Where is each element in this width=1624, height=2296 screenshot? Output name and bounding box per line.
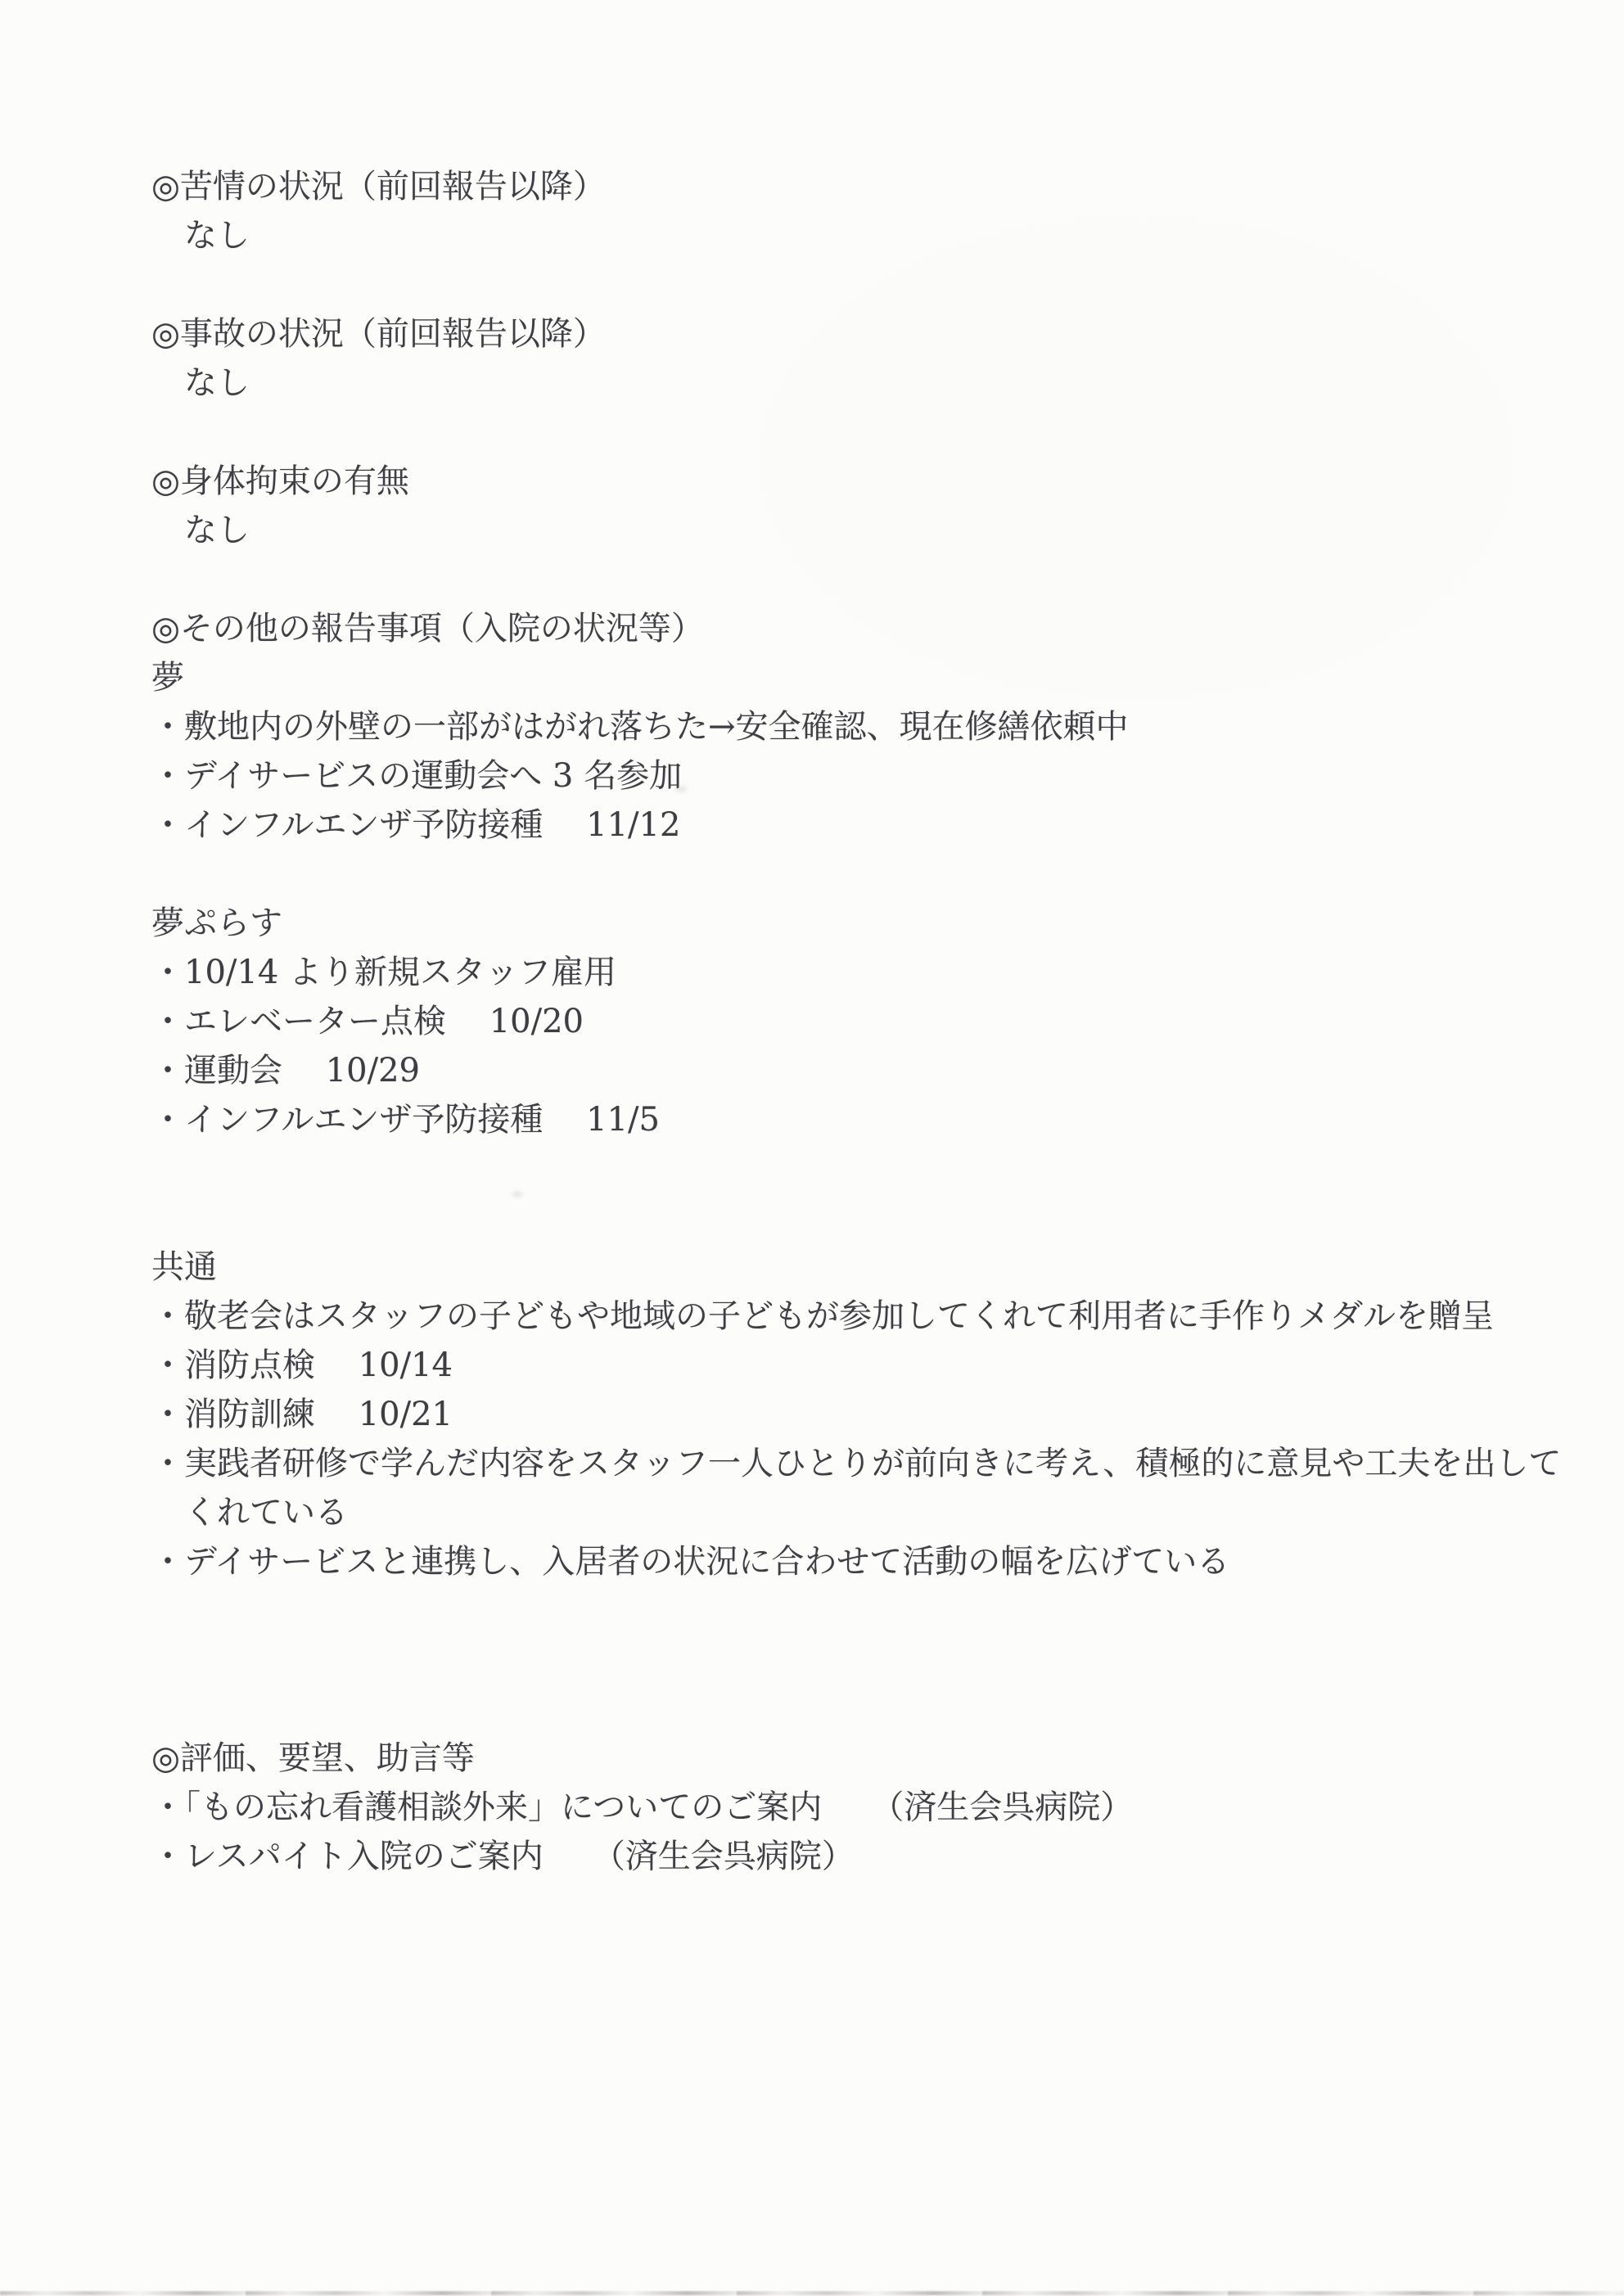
text-line-heading: ◎事故の状況（前回報告以降） [151, 309, 1575, 359]
text-line-bullet: ・敬老会はスタッフの子どもや地域の子どもが参加してくれて利用者に手作りメダルを贈… [151, 1292, 1575, 1341]
text-line-bullet: ・敷地内の外壁の一部がはがれ落ちた→安全確認、現在修繕依頼中 [151, 702, 1575, 751]
blank-line [151, 850, 1575, 899]
blank-line [151, 1193, 1575, 1243]
scanned-document-page: ◎苦情の状況（前回報告以降）なし◎事故の状況（前回報告以降）なし◎身体拘束の有無… [0, 0, 1624, 2296]
text-line-answer: なし [151, 211, 1575, 260]
blank-line [151, 408, 1575, 457]
text-line-bullet: ・デイサービスと連携し、入居者の状況に合わせて活動の幅を広げている [151, 1537, 1575, 1586]
blank-line [151, 555, 1575, 604]
text-line-bullet: ・レスパイト入院のご案内 （済生会呉病院） [151, 1832, 1575, 1881]
text-line-answer: なし [151, 506, 1575, 555]
text-line-continuation: くれている [151, 1488, 1575, 1537]
blank-line [151, 1144, 1575, 1193]
blank-line [151, 1685, 1575, 1734]
document-body: ◎苦情の状況（前回報告以降）なし◎事故の状況（前回報告以降）なし◎身体拘束の有無… [151, 162, 1575, 1881]
text-line-bullet: ・「もの忘れ看護相談外来」についてのご案内 （済生会呉病院） [151, 1783, 1575, 1832]
text-line-bullet: ・10/14 より新規スタッフ雇用 [151, 948, 1575, 997]
text-line-answer: なし [151, 359, 1575, 408]
text-line-heading: ◎苦情の状況（前回報告以降） [151, 162, 1575, 211]
text-line-label: 共通 [151, 1243, 1575, 1292]
text-line-heading: ◎評価、要望、助言等 [151, 1734, 1575, 1783]
text-line-label: 夢 [151, 653, 1575, 702]
text-line-bullet: ・実践者研修で学んだ内容をスタッフ一人ひとりが前向きに考え、積極的に意見や工夫を… [151, 1439, 1575, 1488]
text-line-bullet: ・デイサービスの運動会へ 3 名参加 [151, 751, 1575, 801]
text-line-bullet: ・運動会 10/29 [151, 1046, 1575, 1095]
text-line-bullet: ・インフルエンザ予防接種 11/5 [151, 1095, 1575, 1144]
blank-line [151, 260, 1575, 309]
text-line-label: 夢ぷらす [151, 899, 1575, 948]
text-line-heading: ◎身体拘束の有無 [151, 457, 1575, 506]
text-line-bullet: ・エレベーター点検 10/20 [151, 997, 1575, 1046]
text-line-bullet: ・消防訓練 10/21 [151, 1390, 1575, 1439]
blank-line [151, 1586, 1575, 1635]
text-line-heading: ◎その他の報告事項（入院の状況等） [151, 604, 1575, 653]
blank-line [151, 1635, 1575, 1685]
scan-edge-artifact [0, 2291, 1624, 2295]
scan-smudge-artifact [512, 1191, 523, 1198]
text-line-bullet: ・消防点検 10/14 [151, 1341, 1575, 1390]
text-line-bullet: ・インフルエンザ予防接種 11/12 [151, 801, 1575, 850]
scan-smudge-artifact [675, 786, 687, 792]
